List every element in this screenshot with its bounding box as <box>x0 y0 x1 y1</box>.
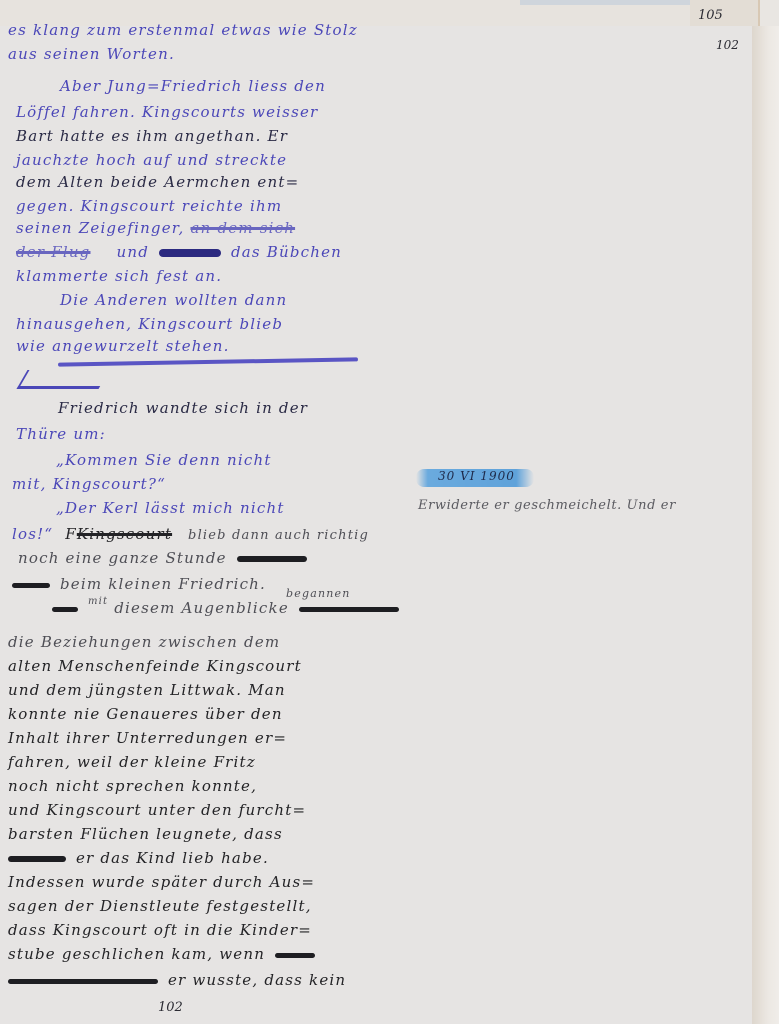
pencil-annotation: Erwiderte er geschmeichelt. Und er <box>418 498 676 513</box>
text-fragment: er wusste, dass kein <box>168 971 346 989</box>
text-line: beim kleinen Friedrich. <box>12 574 266 594</box>
text-line: Thüre um: <box>16 424 106 444</box>
text-fragment: stube geschlichen kam, wenn <box>8 945 265 963</box>
text-line: er wusste, dass kein <box>8 970 346 990</box>
insertion: begannen <box>286 584 351 604</box>
page-number-outer: 105 <box>698 8 723 23</box>
text-fragment: beim kleinen Friedrich. <box>60 575 266 593</box>
text-fragment: F <box>65 525 77 543</box>
text-line: Aber Jung=Friedrich liess den <box>60 76 326 96</box>
text-fragment: Friedrich wandte sich in der <box>58 399 308 417</box>
ink-strike <box>275 953 315 958</box>
text-line: er das Kind lieb habe. <box>8 848 269 868</box>
text-line: Die Anderen wollten dann <box>60 290 287 310</box>
ink-blot <box>159 249 221 257</box>
text-line: „Kommen Sie denn nicht <box>56 450 272 470</box>
text-line: „Der Kerl lässt mich nicht <box>56 498 285 518</box>
text-fragment: los!“ <box>12 525 53 543</box>
text-fragment: diesem Augenblicke <box>114 599 289 617</box>
text-line: klammerte sich fest an. <box>16 266 222 286</box>
page-edge <box>752 26 779 1024</box>
text-line: und dem jüngsten Littwak. Man <box>8 680 286 700</box>
ink-strike <box>237 556 307 562</box>
struck-text: an dem sich <box>190 219 295 237</box>
text-line: gegen. Kingscourt reichte ihm <box>16 196 282 216</box>
text-line: mit, Kingscourt?“ <box>12 474 166 494</box>
page-number-inner: 102 <box>716 38 739 52</box>
text-line: und Kingscourt unter den furcht= <box>8 800 306 820</box>
ink-strike <box>52 607 78 612</box>
text-line: Bart hatte es ihm angethan. Er <box>16 126 288 146</box>
ink-strike <box>8 856 66 862</box>
text-line: Indessen wurde später durch Aus= <box>8 872 315 892</box>
text-line: Friedrich wandte sich in der <box>58 398 308 418</box>
struck-text: der Flug <box>16 243 91 261</box>
text-line: konnte nie Genaueres über den <box>8 704 283 724</box>
text-line: es klang zum erstenmal etwas wie Stolz <box>8 20 358 40</box>
page-number-bottom: 102 <box>158 1000 183 1015</box>
strikethrough-scribble <box>17 370 110 389</box>
text-fragment: das Bübchen <box>231 243 342 261</box>
text-line: Inhalt ihrer Unterredungen er= <box>8 728 287 748</box>
text-fragment: noch eine ganze Stunde <box>18 549 227 567</box>
ink-strike <box>12 583 50 588</box>
date-annotation-highlight: 30 VI 1900 <box>416 469 534 487</box>
text-line: seinen Zeigefinger, an dem sich <box>16 218 295 238</box>
text-line: stube geschlichen kam, wenn <box>8 944 319 964</box>
text-fragment: blieb dann auch richtig <box>188 528 369 543</box>
text-line: noch nicht sprechen konnte, <box>8 776 257 796</box>
text-fragment: er das Kind lieb habe. <box>76 849 269 867</box>
ink-strike <box>8 979 158 984</box>
text-line: barsten Flüchen leugnete, dass <box>8 824 283 844</box>
text-line: sagen der Dienstleute festgestellt, <box>8 896 312 916</box>
text-line: fahren, weil der kleine Fritz <box>8 752 256 772</box>
top-gap <box>520 0 700 5</box>
text-line: Löffel fahren. Kingscourts weisser <box>16 102 318 122</box>
text-line: der Flug und das Bübchen <box>16 242 342 262</box>
text-line: noch eine ganze Stunde <box>18 548 311 568</box>
struck-text: Kingscourt <box>77 525 172 543</box>
text-line: dass Kingscourt oft in die Kinder= <box>8 920 312 940</box>
text-line: aus seinen Worten. <box>8 44 175 64</box>
text-line: hinausgehen, Kingscourt blieb <box>16 314 283 334</box>
text-line: jauchzte hoch auf und streckte <box>16 150 287 170</box>
insertion: mit <box>88 596 108 607</box>
text-fragment: seinen Zeigefinger, <box>16 219 185 237</box>
ink-strike <box>299 607 399 612</box>
text-line: los!“ FKingscourt blieb dann auch richti… <box>12 524 369 546</box>
text-fragment: und <box>116 243 149 261</box>
date-annotation: 30 VI 1900 <box>438 469 515 483</box>
text-line: alten Menschenfeinde Kingscourt <box>8 656 302 676</box>
text-line: dem Alten beide Aermchen ent= <box>16 172 299 192</box>
text-line: die Beziehungen zwischen dem <box>8 632 280 652</box>
text-line: wie angewurzelt stehen. <box>16 336 230 356</box>
